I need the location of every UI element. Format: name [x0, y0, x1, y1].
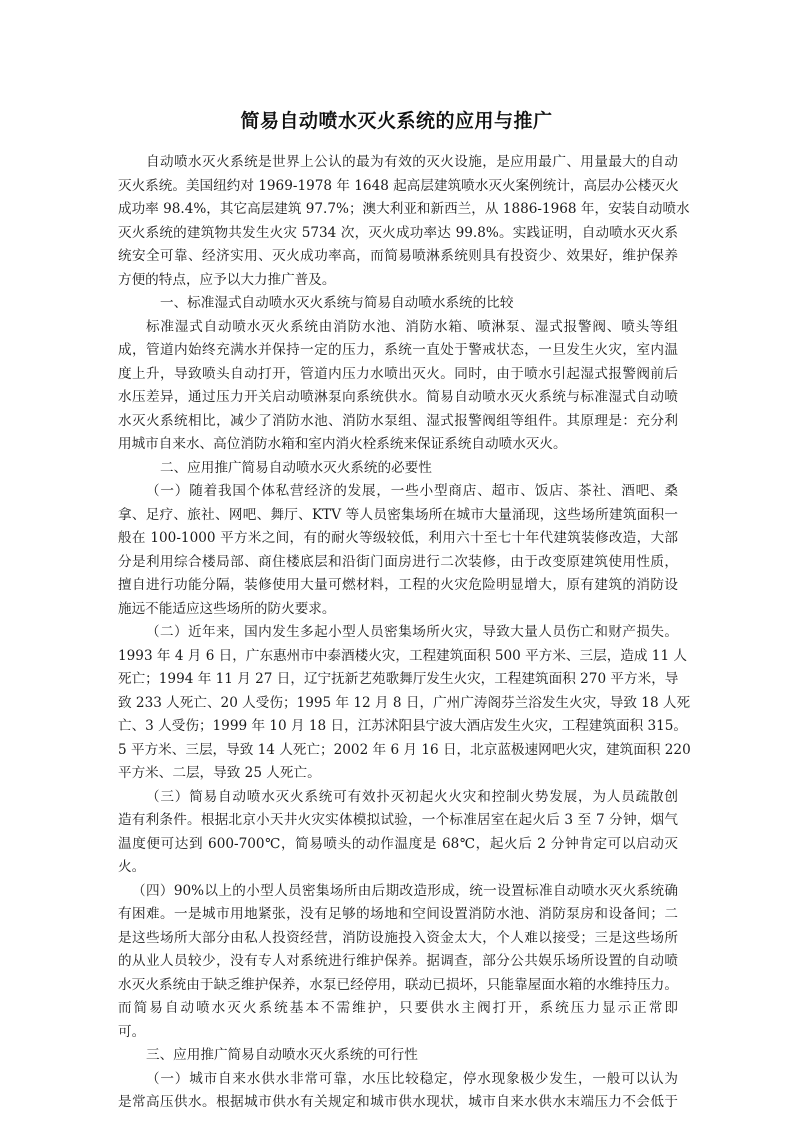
paragraph-line: 温度便可达到 600-700℃，简易喷头的动作温度是 68℃，起火后 2 分钟肯… — [118, 835, 678, 853]
paragraph-line: 统安全可靠、经济实用、灭火成功率高，而简易喷淋系统则具有投资少、效果好，维护保养 — [118, 247, 678, 265]
paragraph-line: （一）城市自来水供水非常可靠，水压比较稳定，停水现象极少发生，一般可以认为 — [146, 1070, 678, 1088]
section-heading-2: 二、应用推广简易自动喷水灭火系统的必要性 — [160, 459, 678, 477]
paragraph-line: 拿、足疗、旅社、网吧、舞厅、KTV 等人员密集场所在城市大量涌现，这些场所建筑面… — [118, 506, 678, 524]
paragraph-line: 水压差异，通过压力开关启动喷淋泵向系统供水。简易自动喷水灭火系统与标准湿式自动喷 — [118, 388, 678, 406]
paragraph-line: 般在 100-1000 平方米之间，有的耐火等级较低，利用六十至七十年代建筑装修… — [118, 529, 678, 547]
paragraph-line: 1993 年 4 月 6 日，广东惠州市中泰酒楼火灾，工程建筑面积 500 平方… — [118, 647, 678, 665]
document-page: 简易自动喷水灭火系统的应用与推广 自动喷水灭火系统是世界上公认的最为有效的灭火设… — [0, 0, 793, 1122]
paragraph-line: 方便的特点，应予以大力推广普及。 — [118, 271, 678, 289]
paragraph-line: 水灭火系统相比，减少了消防水池、消防水泵组、湿式报警阀组等组件。其原理是：充分利 — [118, 412, 678, 430]
paragraph-line: 5 平方米、三层，导致 14 人死亡；2002 年 6 月 16 日，北京蓝极速… — [118, 741, 678, 759]
paragraph-line: 死亡；1994 年 11 月 27 日，辽宁抚新艺苑歌舞厅发生火灾，工程建筑面积… — [118, 670, 678, 688]
paragraph-line: 有困难。一是城市用地紧张，没有足够的场地和空间设置消防水池、消防泵房和设备间；二 — [118, 905, 678, 923]
paragraph-line: 标准湿式自动喷水灭火系统由消防水池、消防水箱、喷淋泵、湿式报警阀、喷头等组 — [146, 318, 678, 336]
paragraph-line: 用城市自来水、高位消防水箱和室内消火栓系统来保证系统自动喷水灭火。 — [118, 435, 678, 453]
paragraph-line: 灭火系统的建筑物共发生火灾 5734 次，灭火成功率达 99.8%。实践证明，自… — [118, 224, 678, 242]
paragraph-line: （二）近年来，国内发生多起小型人员密集场所火灾，导致大量人员伤亡和财产损失。 — [146, 623, 678, 641]
paragraph-line: 分是利用综合楼局部、商住楼底层和沿街门面房进行二次装修，由于改变原建筑使用性质， — [118, 553, 678, 571]
document-title: 简易自动喷水灭火系统的应用与推广 — [0, 106, 793, 133]
paragraph-line: 成，管道内始终充满水并保持一定的压力，系统一直处于警戒状态，一旦发生火灾，室内温 — [118, 341, 678, 359]
section-heading-3: 三、应用推广简易自动喷水灭火系统的可行性 — [146, 1046, 678, 1064]
paragraph-line: 成功率 98.4%，其它高层建筑 97.7%；澳大利亚和新西兰，从 1886-1… — [118, 200, 678, 218]
paragraph-line: 灭火系统。美国纽约对 1969-1978 年 1648 起高层建筑喷水灭火案例统… — [118, 177, 678, 195]
paragraph-line: 造有利条件。根据北京小天井火灾实体模拟试验，一个标准居室在起火后 3 至 7 分… — [118, 811, 678, 829]
paragraph-line: 自动喷水灭火系统是世界上公认的最为有效的灭火设施，是应用最广、用量最大的自动 — [146, 153, 678, 171]
paragraph-line: 而简易自动喷水灭火系统基本不需维护，只要供水主阀打开，系统压力显示正常即 — [118, 999, 678, 1017]
paragraph-line: 施远不能适应这些场所的防火要求。 — [118, 600, 678, 618]
paragraph-line: 是这些场所大部分由私人投资经营，消防设施投入资金太大，个人难以接受；三是这些场所 — [118, 929, 678, 947]
paragraph-line: 是常高压供水。根据城市供水有关规定和城市供水现状，城市自来水供水末端压力不会低于 — [118, 1093, 678, 1111]
paragraph-line: 的从业人员较少，没有专人对系统进行维护保养。据调查，部分公共娱乐场所设置的自动喷 — [118, 952, 678, 970]
paragraph-line: 可。 — [118, 1023, 678, 1041]
paragraph-line: （一）随着我国个体私营经济的发展，一些小型商店、超市、饭店、茶社、酒吧、桑 — [146, 482, 678, 500]
paragraph-line: 水灭火系统由于缺乏维护保养，水泵已经停用，联动已损坏，只能靠屋面水箱的水维持压力… — [118, 976, 678, 994]
section-heading-1: 一、标准湿式自动喷水灭火系统与简易自动喷水系统的比较 — [160, 294, 678, 312]
paragraph-line: 度上升，导致喷头自动打开，管道内压力水喷出灭火。同时，由于喷水引起湿式报警阀前后 — [118, 365, 678, 383]
paragraph-line: 平方米、二层，导致 25 人死亡。 — [118, 764, 678, 782]
paragraph-line: 火。 — [118, 858, 678, 876]
paragraph-line: （三）简易自动喷水灭火系统可有效扑灭初起火火灾和控制火势发展，为人员疏散创 — [146, 788, 678, 806]
paragraph-line: 致 233 人死亡、20 人受伤；1995 年 12 月 8 日，广州广涛阁芬兰… — [118, 694, 678, 712]
paragraph-line: （四）90%以上的小型人员密集场所由后期改造形成，统一设置标准自动喷水灭火系统确 — [132, 882, 678, 900]
paragraph-line: 亡、3 人受伤；1999 年 10 月 18 日，江苏沭阳县宁波大酒店发生火灾，… — [118, 717, 678, 735]
paragraph-line: 擅自进行功能分隔，装修使用大量可燃材料，工程的火灾危险明显增大，原有建筑的消防设 — [118, 576, 678, 594]
